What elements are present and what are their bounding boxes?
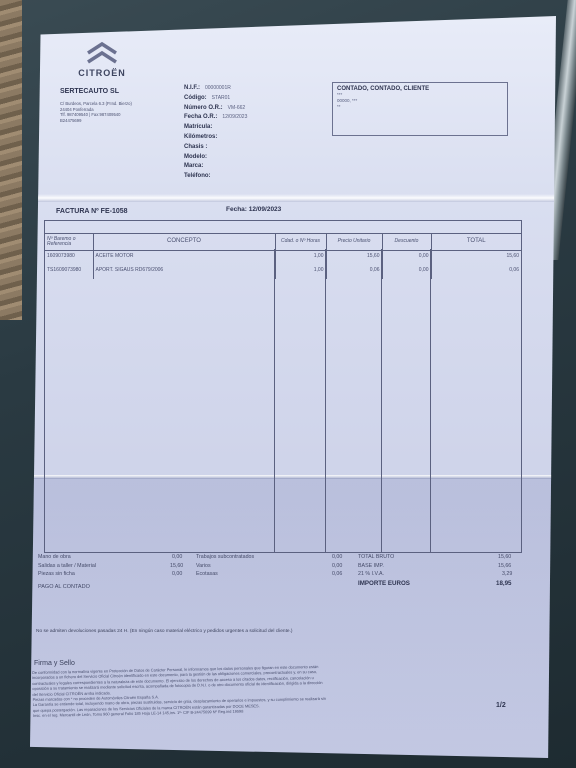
summary-row: Mano de obra 0,00 Trabajos subcontratado… [38,554,518,563]
summary-row: Piezas sin ficha 0,00 Ecotasas 0,06 21 %… [38,571,518,580]
field-marca: Marca: [184,162,247,172]
cell-ref: TS1609073980 [45,265,93,279]
table-row: TS1609073980 APORT. SIGAUS RD679/2006 1,… [45,265,521,279]
header-ref: Nº Baremo o Referencia [45,234,93,251]
invoice-number: FACTURA Nº FE-1058 [56,208,128,215]
field-numero-or: Número O.R.:VM-662 [184,104,247,114]
client-box: CONTADO, CONTADO, CLIENTE *** 00000, ***… [332,82,508,136]
summary-row: Salidas a taller / Material 15,60 Varios… [38,563,518,572]
company-cif-line: B24475699 [60,118,200,124]
paper-fold [30,194,556,202]
wooden-surface [0,0,22,320]
order-fields: N.I.F.:00000001R Código:STAR01 Número O.… [184,84,247,182]
returns-notice: No se admiten devoluciones pasadas 24 H.… [36,629,293,634]
table-row: 1609073980 ACEITE MOTOR 1,00 15,60 0,00 … [45,251,521,266]
header-discount: Descuento [382,234,431,251]
field-codigo: Código:STAR01 [184,94,247,104]
cell-qty: 1,00 [275,265,326,279]
cell-ref: 1609073980 [45,251,93,266]
company-info: SERTECAUTO SL C/ Burdeos, Parcela 6.3 (P… [60,88,200,123]
client-line: ** [337,104,503,110]
payment-method: PAGO AL CONTADO [38,584,90,590]
field-matricula: Matrícula: [184,123,247,133]
field-nif: N.I.F.:00000001R [184,84,247,94]
table-column-lines [45,249,521,552]
double-chevron-icon [85,40,119,66]
cell-total: 0,06 [431,265,521,279]
header-price: Precio Unitario [326,234,382,251]
header-total: TOTAL [431,234,521,251]
cell-discount: 0,00 [382,251,431,266]
cell-concept: ACEITE MOTOR [93,251,275,266]
cell-price: 15,60 [326,251,382,266]
cell-discount: 0,00 [382,265,431,279]
company-name: SERTECAUTO SL [60,88,200,95]
field-kilometros: Kilómetros: [184,133,247,143]
cell-price: 0,06 [326,265,382,279]
field-fecha-or: Fecha O.R.:12/09/2023 [184,113,247,123]
cell-concept: APORT. SIGAUS RD679/2006 [93,265,275,279]
summary-section: Mano de obra 0,00 Trabajos subcontratado… [38,554,518,588]
page-number: 1/2 [496,702,506,709]
table-header-row: Nº Baremo o Referencia CONCEPTO Cdad. o … [45,234,521,251]
cell-qty: 1,00 [275,251,326,266]
summary-total-row: IMPORTE EUROS 18,95 [38,580,518,589]
invoice-date: Fecha: 12/09/2023 [226,206,281,213]
header-qty: Cdad. o Nº Horas [275,234,326,251]
field-chasis: Chasis : [184,143,247,153]
legal-text: De conformidad con la normativa vigente … [32,661,439,718]
field-modelo: Modelo: [184,153,247,163]
invoice-paper: CITROËN SERTECAUTO SL C/ Burdeos, Parcel… [30,16,556,758]
items-table: Nº Baremo o Referencia CONCEPTO Cdad. o … [44,220,522,553]
header-concept: CONCEPTO [93,234,275,251]
citroen-logo: CITROËN [70,40,134,78]
brand-name: CITROËN [70,68,134,78]
cell-total: 15,60 [431,251,521,266]
field-telefono: Teléfono: [184,172,247,182]
signature-label: Firma y Sello [34,660,75,667]
table-top-band [45,221,521,234]
